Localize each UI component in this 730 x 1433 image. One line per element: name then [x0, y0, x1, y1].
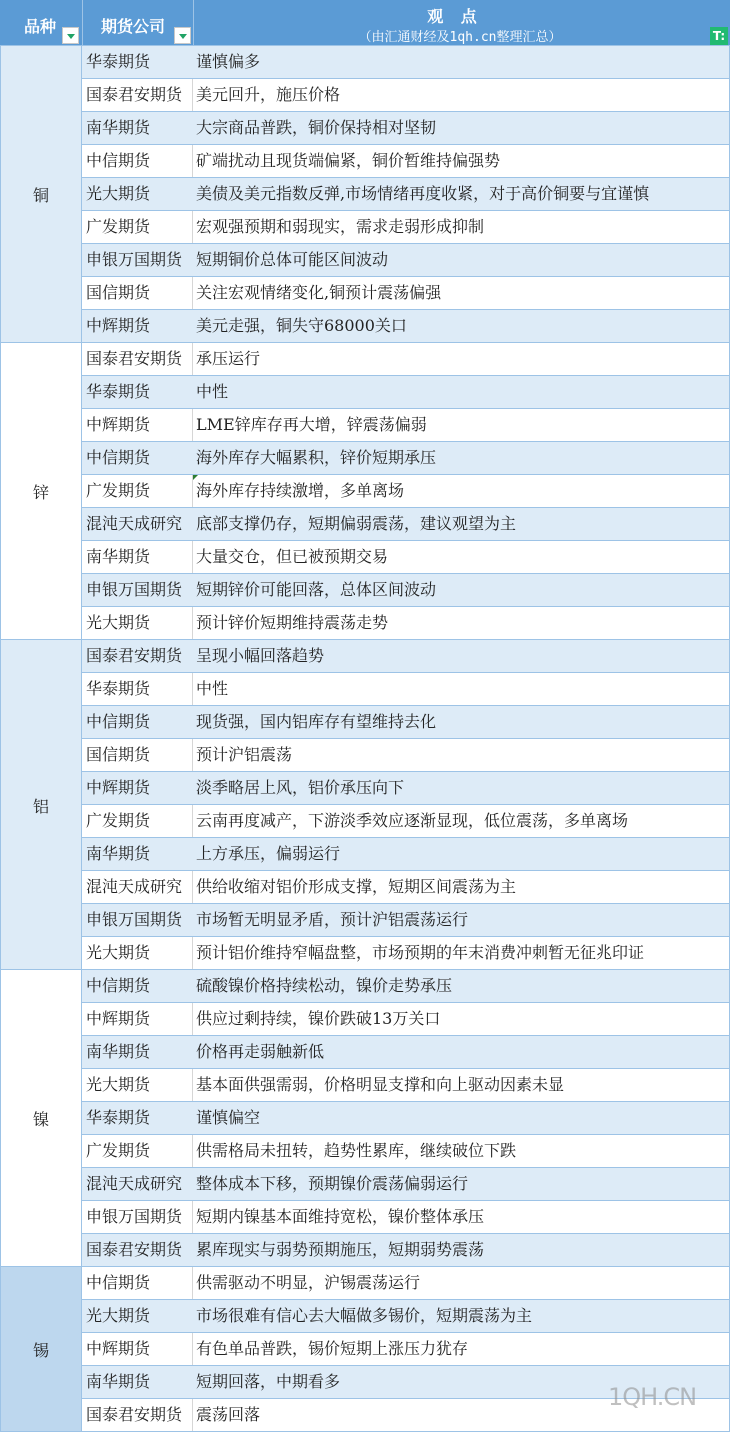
table-row[interactable]: 混沌天成研究底部支撑仍存，短期偏弱震荡，建议观望为主 [82, 508, 730, 541]
company-filter-dropdown-icon[interactable] [174, 27, 191, 44]
view-cell[interactable]: 预计锌价短期维持震荡走势 [193, 607, 729, 639]
company-cell[interactable]: 国泰君安期货 [82, 343, 193, 375]
view-cell[interactable]: 上方承压，偏弱运行 [193, 838, 729, 870]
company-cell[interactable]: 中信期货 [82, 970, 193, 1002]
company-cell[interactable]: 中信期货 [82, 1267, 193, 1299]
view-cell[interactable]: 矿端扰动且现货端偏紧，铜价暂维持偏强势 [193, 145, 729, 177]
spreadsheet: 品种 期货公司 观 点 （由汇通财经及1qh.cn整理汇总） T: 铜华泰期货谨… [0, 0, 730, 1433]
view-cell[interactable]: 供需格局未扭转，趋势性累库，继续破位下跌 [193, 1135, 729, 1167]
company-cell[interactable]: 光大期货 [82, 1069, 193, 1101]
view-cell[interactable]: 谨慎偏空 [193, 1102, 729, 1134]
variety-group: 铜华泰期货谨慎偏多国泰君安期货美元回升，施压价格南华期货大宗商品普跌，铜价保持相… [0, 46, 730, 343]
table-row[interactable]: 中信期货硫酸镍价格持续松动，镍价走势承压 [82, 970, 730, 1003]
table-row[interactable]: 南华期货大量交仓，但已被预期交易 [82, 541, 730, 574]
company-cell[interactable]: 光大期货 [82, 178, 193, 210]
company-cell[interactable]: 南华期货 [82, 838, 193, 870]
company-cell[interactable]: 申银万国期货 [82, 904, 193, 936]
table-row[interactable]: 华泰期货谨慎偏多 [82, 46, 730, 79]
view-cell[interactable]: 中性 [193, 673, 729, 705]
table-row[interactable]: 中信期货海外库存大幅累积，锌价短期承压 [82, 442, 730, 475]
variety-cell[interactable]: 铜 [0, 46, 82, 343]
variety-cell[interactable]: 锌 [0, 343, 82, 640]
table-row[interactable]: 广发期货海外库存持续激增，多单离场 [82, 475, 730, 508]
company-cell[interactable]: 国信期货 [82, 277, 193, 309]
view-cell[interactable]: 关注宏观情绪变化,铜预计震荡偏强 [193, 277, 729, 309]
company-cell[interactable]: 华泰期货 [82, 376, 193, 408]
table-header: 品种 期货公司 观 点 （由汇通财经及1qh.cn整理汇总） T: [0, 0, 730, 46]
company-cell[interactable]: 中辉期货 [82, 310, 193, 342]
table-row[interactable]: 国泰君安期货累库现实与弱势预期施压，短期弱势震荡 [82, 1234, 730, 1267]
company-cell[interactable]: 南华期货 [82, 1036, 193, 1068]
header-view-subtitle: （由汇通财经及1qh.cn整理汇总） [190, 26, 730, 45]
table-row[interactable]: 中辉期货LME锌库存再大增，锌震荡偏弱 [82, 409, 730, 442]
company-cell[interactable]: 南华期货 [82, 541, 193, 573]
table-row[interactable]: 中辉期货美元走强，铜失守68000关口 [82, 310, 730, 343]
table-row[interactable]: 广发期货云南再度减产，下游淡季效应逐渐显现，低位震荡，多单离场 [82, 805, 730, 838]
table-row[interactable]: 中信期货供需驱动不明显，沪锡震荡运行 [82, 1267, 730, 1300]
table-row[interactable]: 光大期货预计锌价短期维持震荡走势 [82, 607, 730, 640]
view-cell[interactable]: 市场很难有信心去大幅做多锡价，短期震荡为主 [193, 1300, 729, 1332]
table-row[interactable]: 广发期货宏观强预期和弱现实，需求走弱形成抑制 [82, 211, 730, 244]
table-row[interactable]: 申银万国期货市场暂无明显矛盾，预计沪铝震荡运行 [82, 904, 730, 937]
view-cell[interactable]: 有色单品普跌，锡价短期上涨压力犹存 [193, 1333, 729, 1365]
company-cell[interactable]: 华泰期货 [82, 673, 193, 705]
company-cell[interactable]: 光大期货 [82, 607, 193, 639]
company-cell[interactable]: 南华期货 [82, 1366, 193, 1398]
company-cell[interactable]: 中信期货 [82, 145, 193, 177]
view-cell[interactable]: 预计铝价维持窄幅盘整，市场预期的年末消费冲刺暂无征兆印证 [193, 937, 729, 969]
view-cell[interactable]: 美债及美元指数反弹,市场情绪再度收紧，对于高价铜要与宜谨慎 [193, 178, 729, 210]
company-cell[interactable]: 中信期货 [82, 442, 193, 474]
company-cell[interactable]: 中信期货 [82, 706, 193, 738]
view-cell[interactable]: 供需驱动不明显，沪锡震荡运行 [193, 1267, 729, 1299]
view-cell[interactable]: 基本面供强需弱，价格明显支撑和向上驱动因素未显 [193, 1069, 729, 1101]
view-cell[interactable]: 美元走强，铜失守68000关口 [193, 310, 729, 342]
view-cell[interactable]: 底部支撑仍存，短期偏弱震荡，建议观望为主 [193, 508, 729, 540]
company-cell[interactable]: 华泰期货 [82, 46, 193, 78]
view-cell[interactable]: 市场暂无明显矛盾，预计沪铝震荡运行 [193, 904, 729, 936]
view-cell[interactable]: 大量交仓，但已被预期交易 [193, 541, 729, 573]
table-row[interactable]: 南华期货价格再走弱触新低 [82, 1036, 730, 1069]
table-row[interactable]: 南华期货大宗商品普跌，铜价保持相对坚韧 [82, 112, 730, 145]
view-cell[interactable]: 海外库存持续激增，多单离场 [193, 475, 729, 507]
company-cell[interactable]: 光大期货 [82, 937, 193, 969]
view-cell[interactable]: 硫酸镍价格持续松动，镍价走势承压 [193, 970, 729, 1002]
table-row[interactable]: 中辉期货有色单品普跌，锡价短期上涨压力犹存 [82, 1333, 730, 1366]
variety-filter-dropdown-icon[interactable] [62, 27, 79, 44]
view-cell[interactable]: 现货强，国内铝库存有望维持去化 [193, 706, 729, 738]
view-cell[interactable]: 云南再度减产，下游淡季效应逐渐显现，低位震荡，多单离场 [193, 805, 729, 837]
table-row[interactable]: 申银万国期货短期内镍基本面维持宽松，镍价整体承压 [82, 1201, 730, 1234]
company-cell[interactable]: 国泰君安期货 [82, 1234, 193, 1266]
company-cell[interactable]: 申银万国期货 [82, 574, 193, 606]
view-cell[interactable]: LME锌库存再大增，锌震荡偏弱 [193, 409, 729, 441]
company-cell[interactable]: 国泰君安期货 [82, 79, 193, 111]
company-cell[interactable]: 中辉期货 [82, 409, 193, 441]
view-cell[interactable]: 谨慎偏多 [193, 46, 729, 78]
group-divider [0, 1431, 82, 1432]
header-view: 观 点 [0, 4, 730, 27]
view-cell[interactable]: 预计沪铝震荡 [193, 739, 729, 771]
company-cell[interactable]: 申银万国期货 [82, 1201, 193, 1233]
company-cell[interactable]: 广发期货 [82, 1135, 193, 1167]
company-cell[interactable]: 中辉期货 [82, 772, 193, 804]
company-cell[interactable]: 中辉期货 [82, 1003, 193, 1035]
table-row[interactable]: 光大期货美债及美元指数反弹,市场情绪再度收紧，对于高价铜要与宜谨慎 [82, 178, 730, 211]
cell-comment-indicator-icon[interactable] [193, 475, 198, 480]
company-cell[interactable]: 国泰君安期货 [82, 1399, 193, 1431]
table-row[interactable]: 中辉期货供应过剩持续，镍价跌破13万关口 [82, 1003, 730, 1036]
table-row[interactable]: 广发期货供需格局未扭转，趋势性累库，继续破位下跌 [82, 1135, 730, 1168]
view-cell[interactable]: 短期内镍基本面维持宽松，镍价整体承压 [193, 1201, 729, 1233]
view-cell[interactable]: 价格再走弱触新低 [193, 1036, 729, 1068]
view-cell[interactable]: 呈现小幅回落趋势 [193, 640, 729, 672]
view-cell[interactable]: 短期铜价总体可能区间波动 [193, 244, 729, 276]
table-row[interactable]: 华泰期货中性 [82, 673, 730, 706]
company-cell[interactable]: 广发期货 [82, 211, 193, 243]
view-cell[interactable]: 承压运行 [193, 343, 729, 375]
view-cell[interactable]: 供应过剩持续，镍价跌破13万关口 [193, 1003, 729, 1035]
table-row[interactable]: 中信期货现货强，国内铝库存有望维持去化 [82, 706, 730, 739]
table-row[interactable]: 国信期货关注宏观情绪变化,铜预计震荡偏强 [82, 277, 730, 310]
watermark-logo: 1QH.CN [608, 1383, 696, 1411]
company-cell[interactable]: 广发期货 [82, 805, 193, 837]
variety-cell[interactable]: 铝 [0, 640, 82, 970]
table-row[interactable]: 混沌天成研究整体成本下移，预期镍价震荡偏弱运行 [82, 1168, 730, 1201]
company-cell[interactable]: 申银万国期货 [82, 244, 193, 276]
variety-cell[interactable]: 锡 [0, 1267, 82, 1432]
company-cell[interactable]: 光大期货 [82, 1300, 193, 1332]
table-row[interactable]: 华泰期货中性 [82, 376, 730, 409]
view-filter-active-icon[interactable]: T: [710, 27, 728, 45]
view-cell[interactable]: 宏观强预期和弱现实，需求走弱形成抑制 [193, 211, 729, 243]
variety-cell[interactable]: 镍 [0, 970, 82, 1267]
view-cell[interactable]: 短期锌价可能回落，总体区间波动 [193, 574, 729, 606]
company-cell[interactable]: 混沌天成研究 [82, 1168, 193, 1200]
table-row[interactable]: 光大期货基本面供强需弱，价格明显支撑和向上驱动因素未显 [82, 1069, 730, 1102]
variety-group: 锌国泰君安期货承压运行华泰期货中性中辉期货LME锌库存再大增，锌震荡偏弱中信期货… [0, 343, 730, 640]
view-cell[interactable]: 供给收缩对铝价形成支撑，短期区间震荡为主 [193, 871, 729, 903]
company-cell[interactable]: 混沌天成研究 [82, 508, 193, 540]
table-row[interactable]: 光大期货预计铝价维持窄幅盘整，市场预期的年末消费冲刺暂无征兆印证 [82, 937, 730, 970]
table-row[interactable]: 中辉期货淡季略居上风，铝价承压向下 [82, 772, 730, 805]
company-cell[interactable]: 华泰期货 [82, 1102, 193, 1134]
view-cell[interactable]: 淡季略居上风，铝价承压向下 [193, 772, 729, 804]
table-row[interactable]: 中信期货矿端扰动且现货端偏紧，铜价暂维持偏强势 [82, 145, 730, 178]
table-row[interactable]: 南华期货上方承压，偏弱运行 [82, 838, 730, 871]
company-cell[interactable]: 广发期货 [82, 475, 193, 507]
view-cell[interactable]: 累库现实与弱势预期施压，短期弱势震荡 [193, 1234, 729, 1266]
view-cell[interactable]: 大宗商品普跌，铜价保持相对坚韧 [193, 112, 729, 144]
company-cell[interactable]: 混沌天成研究 [82, 871, 193, 903]
table-row[interactable]: 国泰君安期货呈现小幅回落趋势 [82, 640, 730, 673]
company-cell[interactable]: 中辉期货 [82, 1333, 193, 1365]
company-cell[interactable]: 国泰君安期货 [82, 640, 193, 672]
table-row[interactable]: 华泰期货谨慎偏空 [82, 1102, 730, 1135]
view-cell[interactable]: 整体成本下移，预期镍价震荡偏弱运行 [193, 1168, 729, 1200]
table-row[interactable]: 国信期货预计沪铝震荡 [82, 739, 730, 772]
view-cell[interactable]: 美元回升，施压价格 [193, 79, 729, 111]
company-cell[interactable]: 国信期货 [82, 739, 193, 771]
table-row[interactable]: 申银万国期货短期锌价可能回落，总体区间波动 [82, 574, 730, 607]
variety-group: 铝国泰君安期货呈现小幅回落趋势华泰期货中性中信期货现货强，国内铝库存有望维持去化… [0, 640, 730, 970]
table-row[interactable]: 国泰君安期货承压运行 [82, 343, 730, 376]
table-row[interactable]: 混沌天成研究供给收缩对铝价形成支撑，短期区间震荡为主 [82, 871, 730, 904]
variety-group: 镍中信期货硫酸镍价格持续松动，镍价走势承压中辉期货供应过剩持续，镍价跌破13万关… [0, 970, 730, 1267]
company-cell[interactable]: 南华期货 [82, 112, 193, 144]
table-row[interactable]: 申银万国期货短期铜价总体可能区间波动 [82, 244, 730, 277]
view-cell[interactable]: 中性 [193, 376, 729, 408]
table-row[interactable]: 国泰君安期货美元回升，施压价格 [82, 79, 730, 112]
table-row[interactable]: 光大期货市场很难有信心去大幅做多锡价，短期震荡为主 [82, 1300, 730, 1333]
view-cell[interactable]: 海外库存大幅累积，锌价短期承压 [193, 442, 729, 474]
